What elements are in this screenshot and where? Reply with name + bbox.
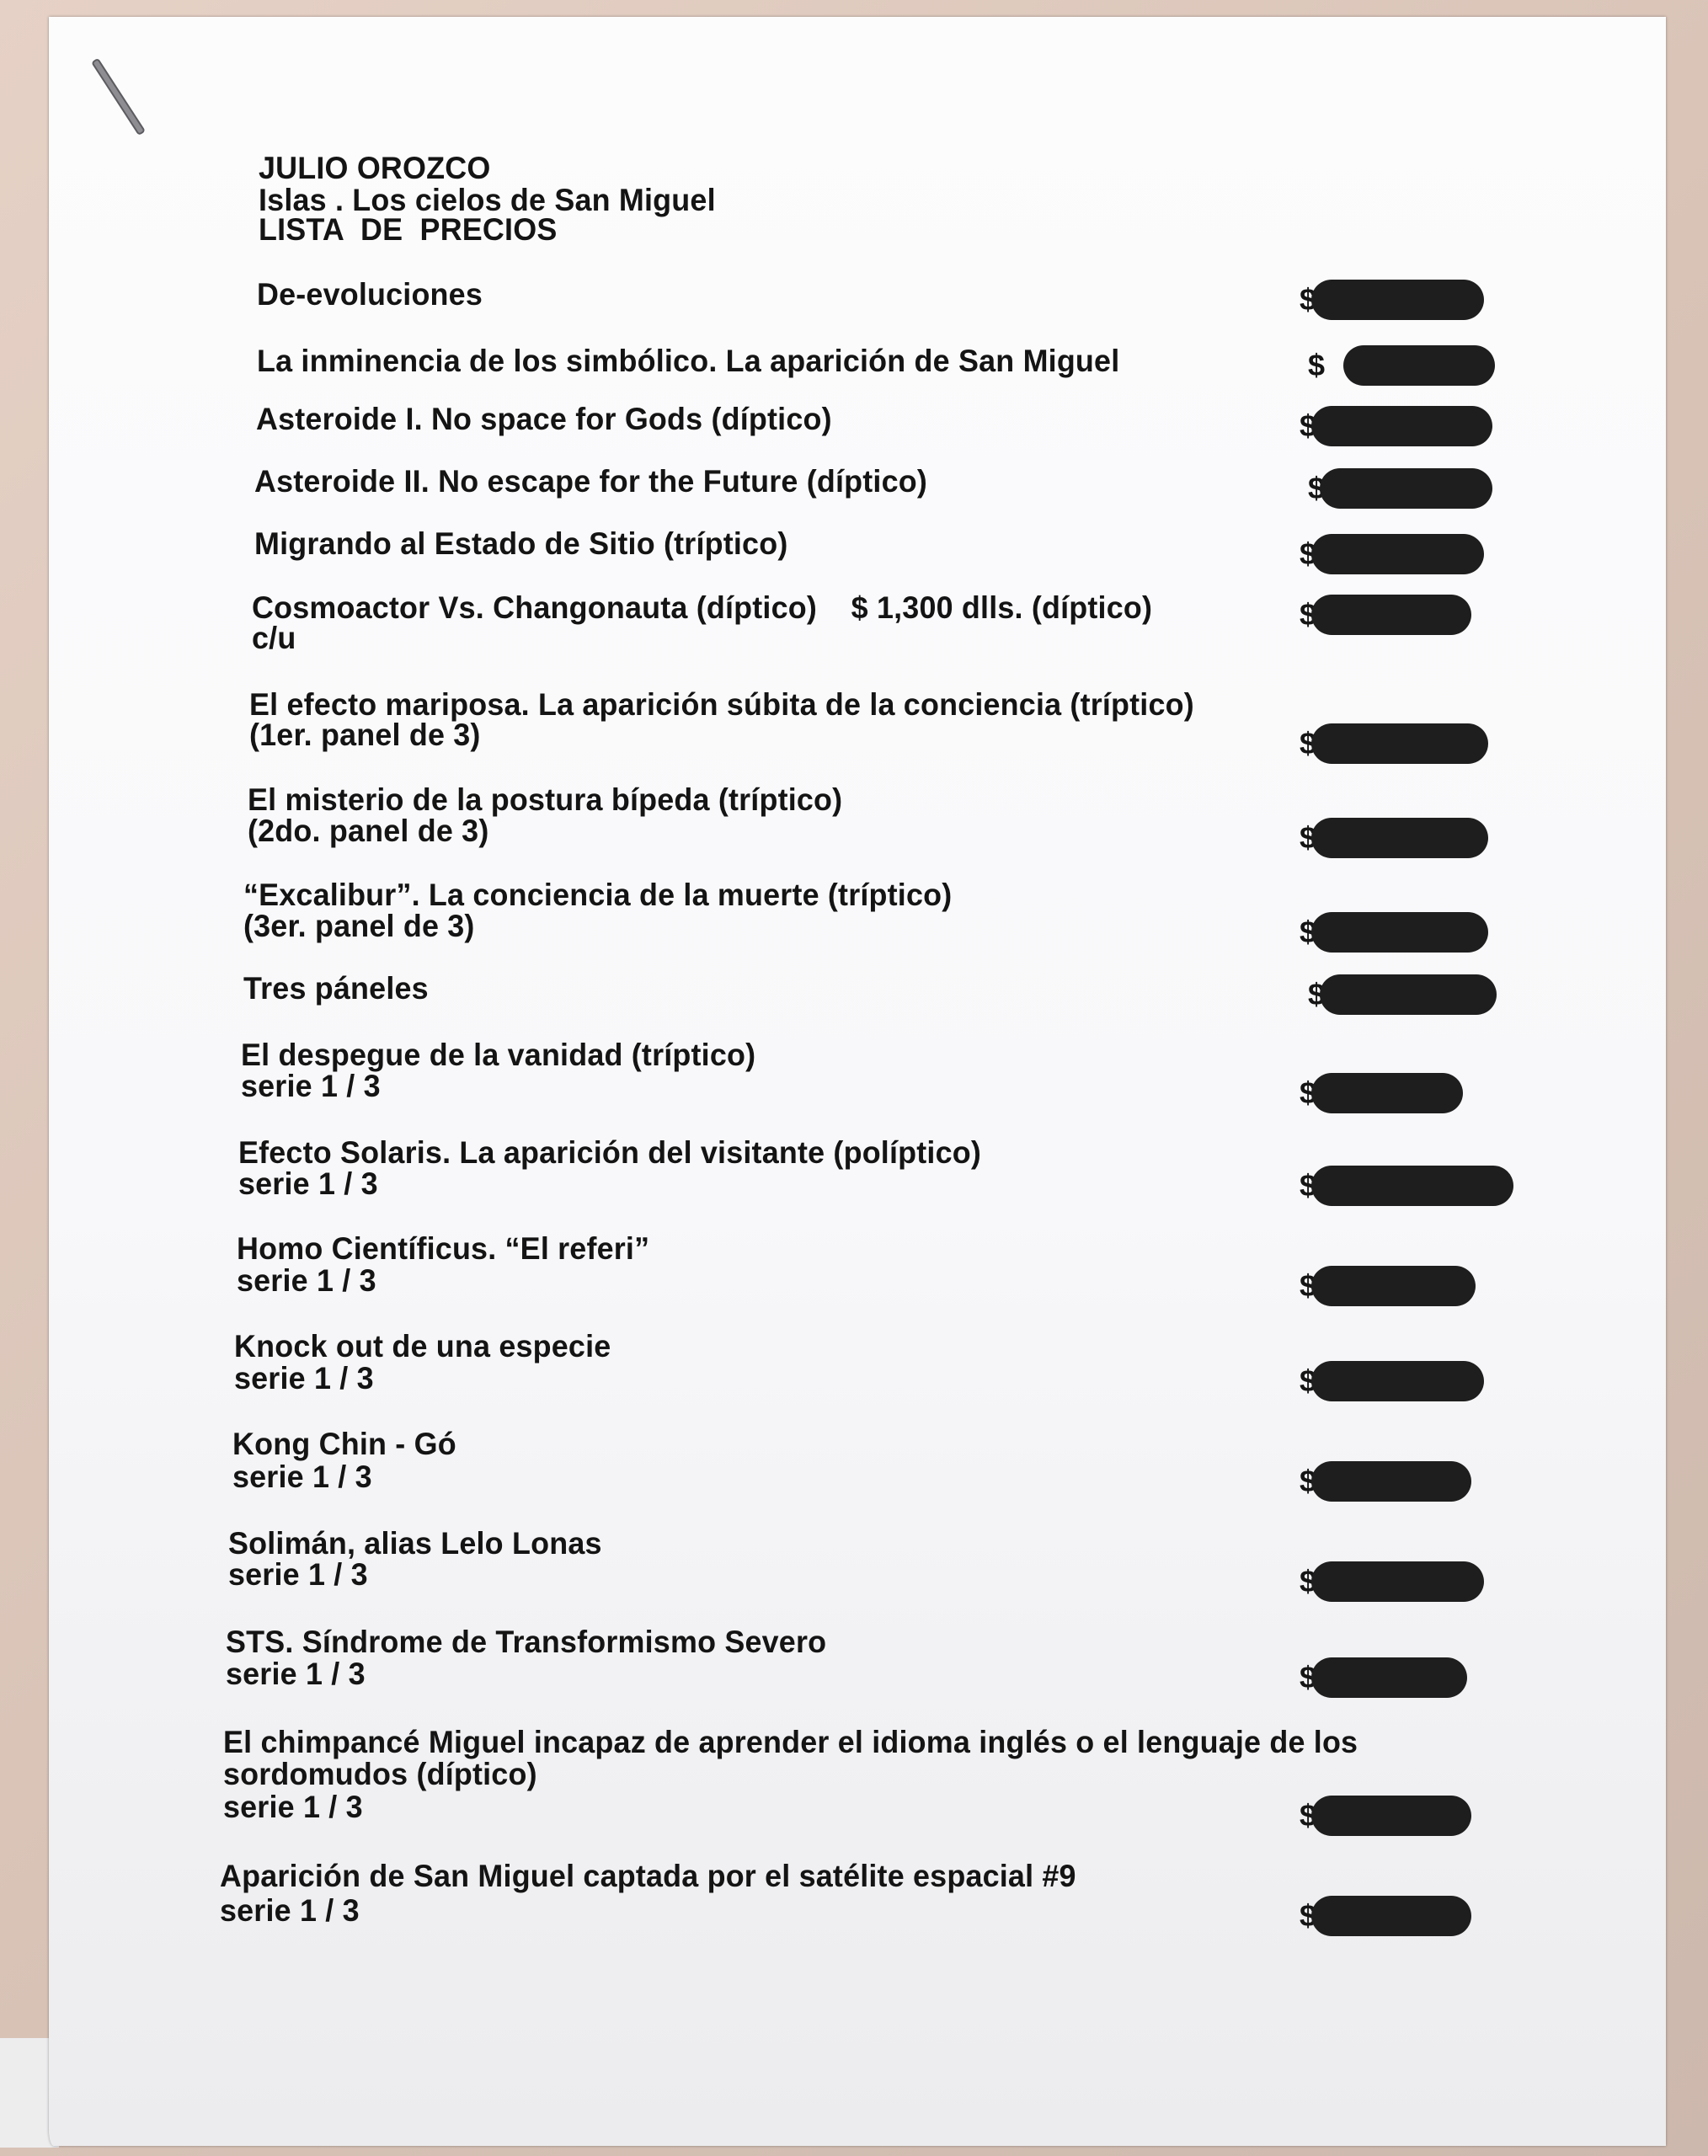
artwork-title: Tres páneles [243, 973, 429, 1005]
price-value: $ [1300, 1892, 1471, 1940]
price-value: $ [1300, 814, 1488, 862]
redaction-mark [1311, 406, 1492, 446]
price-value: $ [1300, 276, 1484, 323]
artwork-detail: serie 1 / 3 [223, 1791, 363, 1823]
price-value: $ [1300, 1792, 1471, 1839]
artwork-title: Homo Científicus. “El referi” [237, 1233, 649, 1265]
artwork-detail: sordomudos (díptico) [223, 1758, 537, 1790]
artwork-title: El chimpancé Miguel incapaz de aprender … [223, 1726, 1358, 1758]
artwork-title: La inminencia de los simbólico. La apari… [257, 345, 1119, 377]
artwork-title: Efecto Solaris. La aparición del visitan… [238, 1137, 981, 1169]
redaction-mark [1311, 280, 1484, 320]
artwork-detail: serie 1 / 3 [241, 1070, 381, 1102]
redaction-mark [1311, 818, 1488, 858]
price-value: $ [1308, 971, 1497, 1018]
redaction-mark [1343, 345, 1495, 386]
price-value: $ [1300, 1558, 1484, 1605]
redaction-mark [1311, 1796, 1471, 1836]
price-value: $ [1300, 1458, 1471, 1505]
artwork-detail: c/u [252, 622, 296, 654]
price-value: $ [1300, 1162, 1513, 1209]
artwork-detail: (3er. panel de 3) [243, 910, 475, 942]
price-value: $ [1308, 342, 1495, 389]
artwork-title: Cosmoactor Vs. Changonauta (díptico) $ 1… [252, 592, 1152, 624]
redaction-mark [1311, 1361, 1484, 1401]
price-value: $ [1300, 1070, 1463, 1117]
price-value: $ [1300, 909, 1488, 956]
redaction-mark [1311, 1657, 1467, 1698]
artwork-detail: serie 1 / 3 [238, 1168, 378, 1200]
artwork-title: Asteroide I. No space for Gods (díptico) [256, 403, 832, 435]
redaction-mark [1311, 1073, 1463, 1113]
redaction-mark [1311, 1561, 1484, 1602]
artist-name: JULIO OROZCO [259, 152, 491, 184]
price-value: $ [1300, 1654, 1467, 1701]
redaction-mark [1320, 974, 1497, 1015]
price-value: $ [1308, 465, 1492, 512]
artwork-title: Kong Chin - Gó [232, 1428, 456, 1460]
artwork-detail: serie 1 / 3 [228, 1559, 368, 1591]
artwork-title: STS. Síndrome de Transformismo Severo [226, 1626, 826, 1658]
redaction-mark [1311, 595, 1471, 635]
redaction-mark [1311, 1166, 1513, 1206]
artwork-title: El efecto mariposa. La aparición súbita … [249, 689, 1194, 721]
price-value: $ [1300, 531, 1484, 578]
price-value: $ [1300, 403, 1492, 450]
redaction-mark [1311, 1266, 1476, 1306]
artwork-title: Solimán, alias Lelo Lonas [228, 1528, 602, 1560]
artwork-detail: serie 1 / 3 [232, 1461, 372, 1493]
redaction-mark [1311, 534, 1484, 574]
price-value: $ [1300, 1358, 1484, 1405]
document-title: LISTA DE PRECIOS [259, 214, 557, 246]
artwork-title: Migrando al Estado de Sitio (tríptico) [254, 528, 787, 560]
price-value: $ [1300, 720, 1488, 767]
artwork-title: Knock out de una especie [234, 1331, 611, 1363]
redaction-mark [1311, 723, 1488, 764]
price-value: $ [1300, 591, 1471, 638]
artwork-detail: serie 1 / 3 [220, 1895, 360, 1927]
currency-symbol: $ [1308, 350, 1325, 381]
artwork-title: De-evoluciones [257, 279, 483, 311]
artwork-detail: serie 1 / 3 [226, 1658, 366, 1690]
artwork-detail: (2do. panel de 3) [248, 815, 488, 847]
redaction-mark [1320, 468, 1492, 509]
redaction-mark [1311, 912, 1488, 953]
artwork-detail: serie 1 / 3 [234, 1363, 374, 1395]
artwork-title: El despegue de la vanidad (tríptico) [241, 1039, 755, 1071]
artwork-detail: (1er. panel de 3) [249, 719, 481, 751]
artwork-title: El misterio de la postura bípeda (trípti… [248, 784, 842, 816]
artwork-title: Asteroide II. No escape for the Future (… [254, 466, 927, 498]
artwork-detail: serie 1 / 3 [237, 1265, 376, 1297]
artwork-title: Aparición de San Miguel captada por el s… [220, 1860, 1076, 1892]
redaction-mark [1311, 1461, 1471, 1502]
redaction-mark [1311, 1896, 1471, 1936]
artwork-title: “Excalibur”. La conciencia de la muerte … [243, 879, 952, 911]
price-value: $ [1300, 1262, 1476, 1310]
